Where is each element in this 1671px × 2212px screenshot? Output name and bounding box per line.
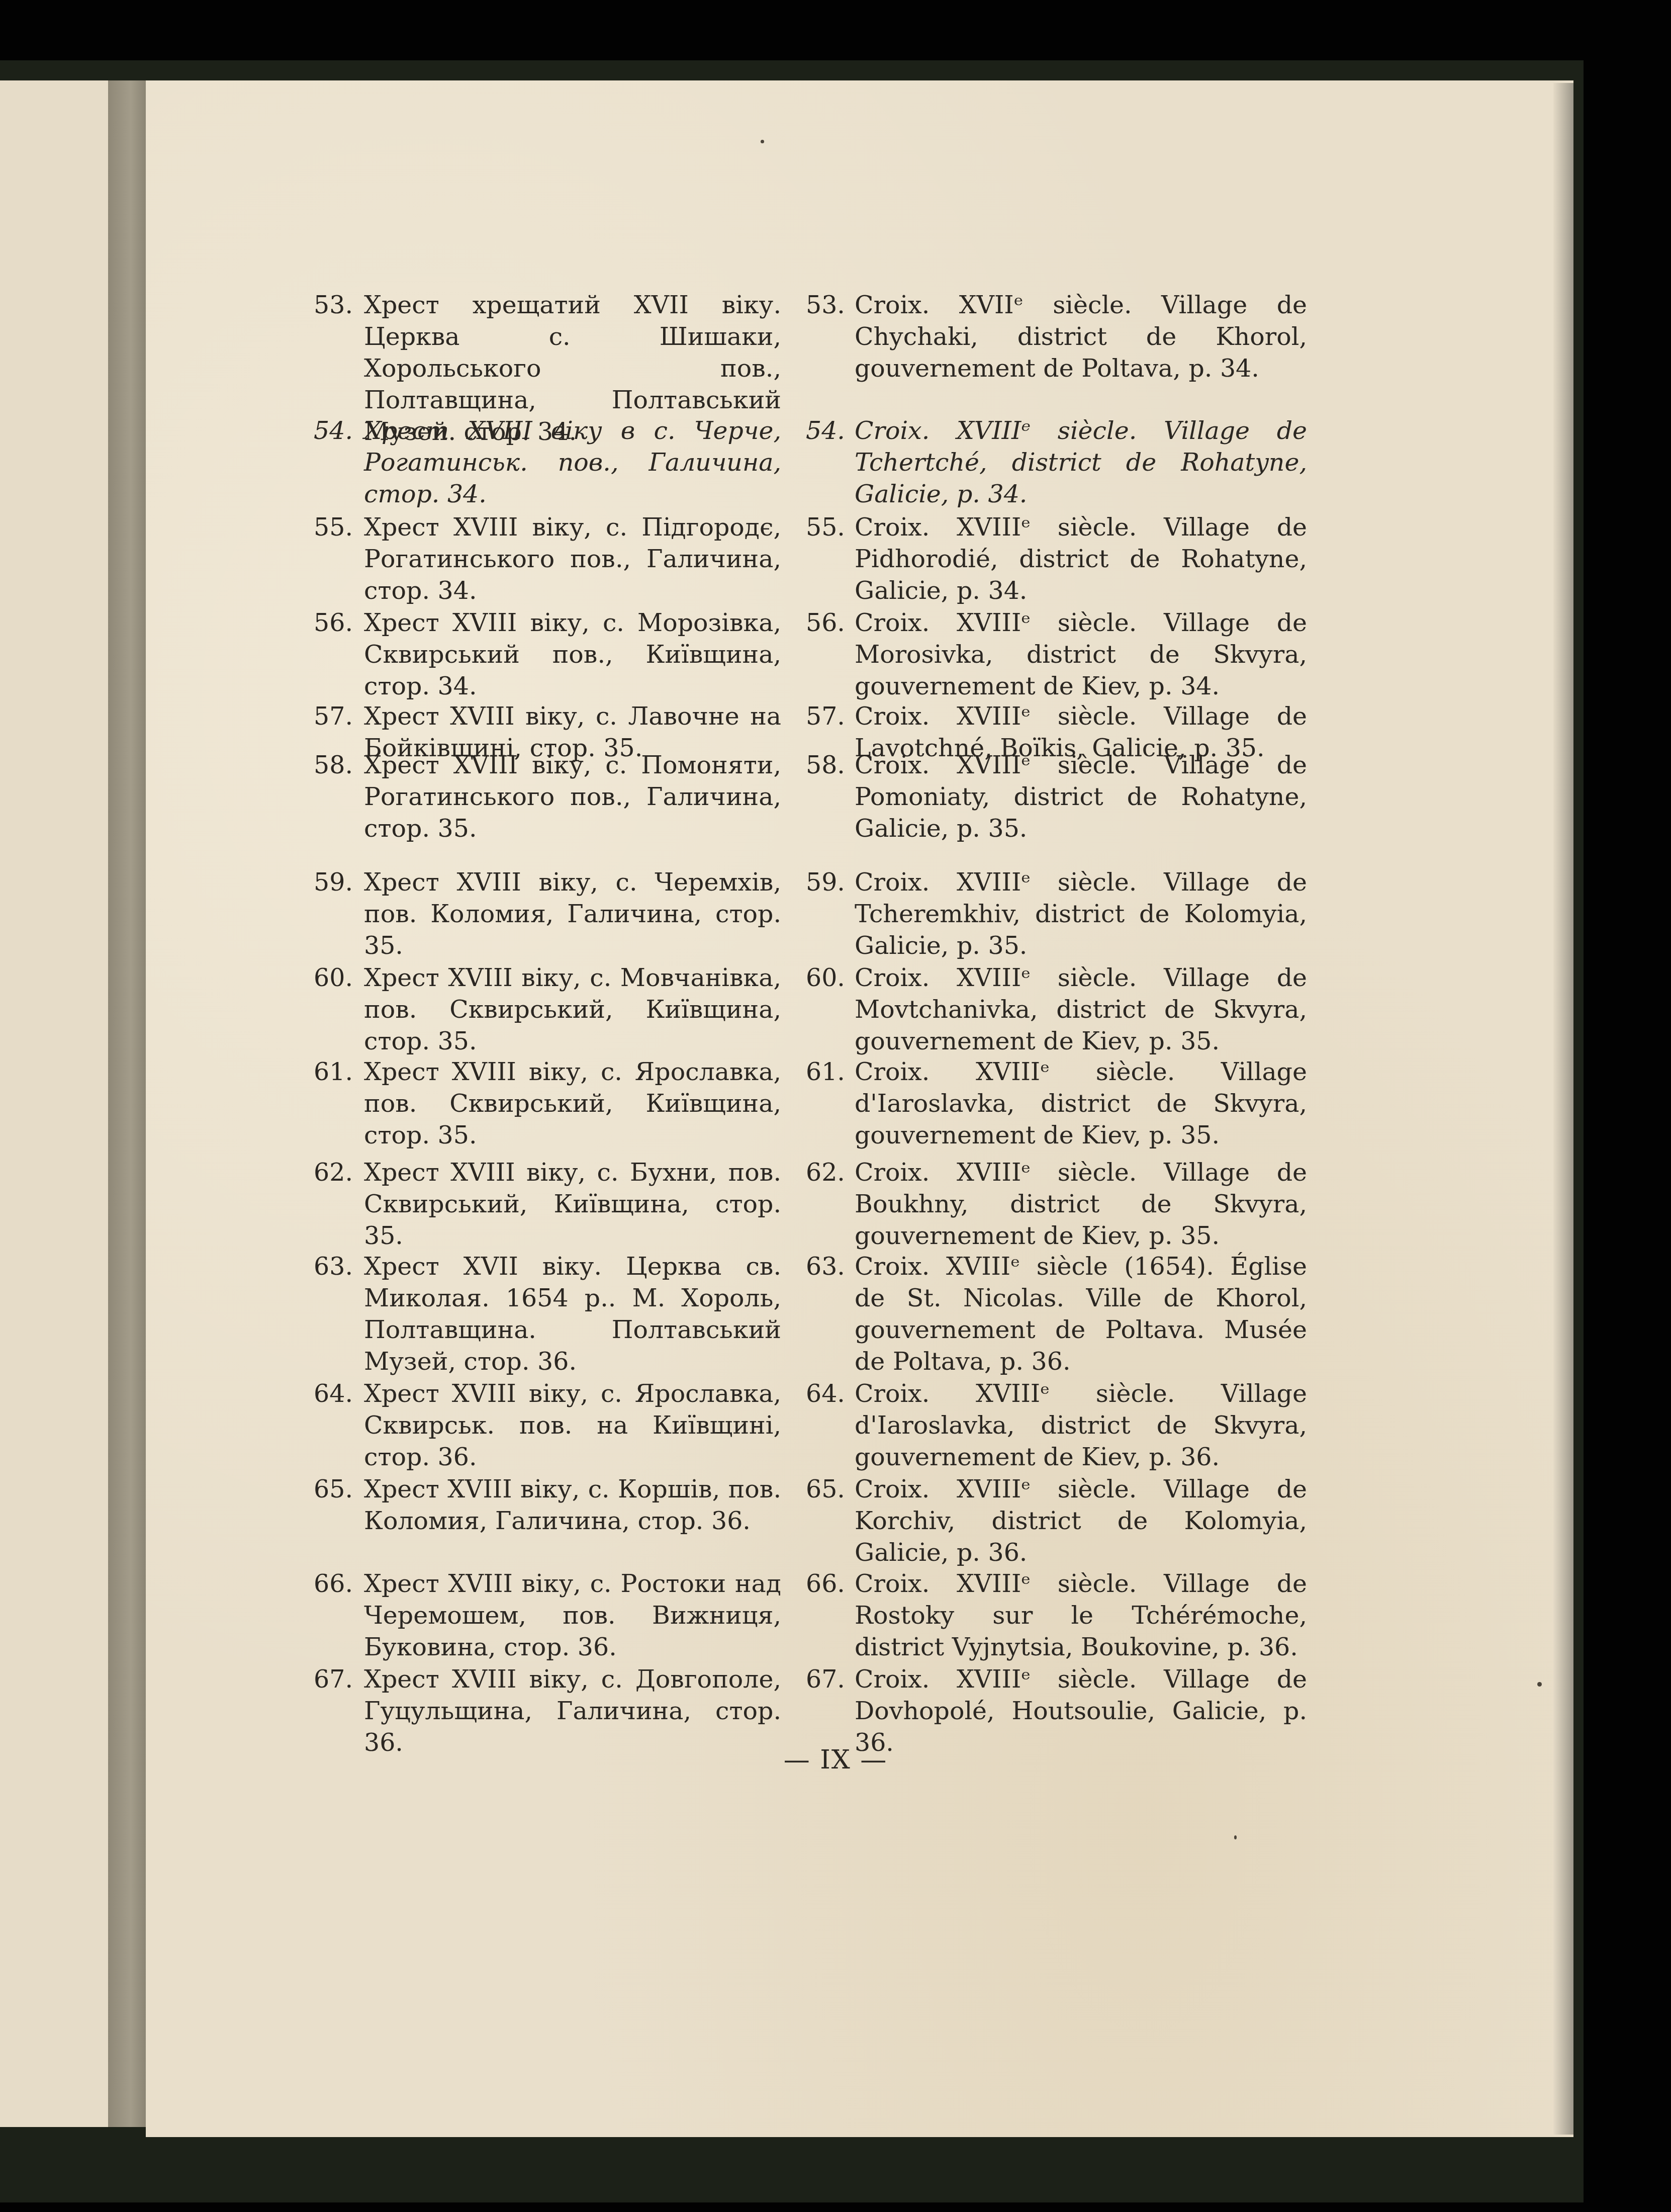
paper-speck <box>1537 1682 1542 1687</box>
entry-text: Croix. XVIIIᵉ siècle. Village de Pomonia… <box>855 749 1307 844</box>
entry-number: 54. <box>308 415 353 447</box>
entry-number: 65. <box>806 1473 844 1505</box>
entry-number: 61. <box>308 1056 353 1088</box>
entry-number: 59. <box>806 866 844 898</box>
entry-number: 55. <box>308 511 353 543</box>
entry-text: Хрест XVIII віку, с. Ярославка, пов. Скв… <box>364 1056 781 1151</box>
entry-number: 57. <box>806 700 844 732</box>
entry-number: 53. <box>806 289 844 321</box>
entry-text: Croix. XVIIIᵉ siècle. Village de Tcherem… <box>855 866 1307 961</box>
paper-speck <box>761 140 764 143</box>
entry-number: 60. <box>308 962 353 994</box>
entry-number: 63. <box>308 1251 353 1282</box>
entry-text: Croix. XVIIIᵉ siècle. Village de Dovhopo… <box>855 1663 1307 1758</box>
entry-text: Хрест XVIII віку, с. Мовчанівка, пов. Ск… <box>364 962 781 1057</box>
entry-text: Croix. XVIIIᵉ siècle. Village de Movtcha… <box>855 962 1307 1057</box>
entry-text: Хрест XVIII віку, с. Підгородє, Рогатинс… <box>364 511 781 606</box>
left-page-edge <box>0 80 108 2127</box>
entry-text: Croix. XVIIIᵉ siècle (1654). Église de S… <box>855 1251 1307 1377</box>
entry-number: 56. <box>308 607 353 639</box>
entry-number: 61. <box>806 1056 844 1088</box>
entry-number: 53. <box>308 289 353 321</box>
entry-number: 57. <box>308 700 353 732</box>
entry-number: 67. <box>806 1663 844 1695</box>
entry-text: Хрест XVII віку. Церква св. Миколая. 165… <box>364 1251 781 1377</box>
entry-number: 60. <box>806 962 844 994</box>
entry-text: Хрест XVIII віку в с. Черче, Рогатинськ.… <box>364 415 781 510</box>
entry-number: 65. <box>308 1473 353 1505</box>
entry-number: 66. <box>308 1568 353 1600</box>
entry-text: Хрест XVIII віку, с. Ростоки над Черемош… <box>364 1568 781 1663</box>
entry-text: Хрест XVIII віку, с. Ярославка, Сквирськ… <box>364 1378 781 1473</box>
entry-text: Croix. XVIIᵉ siècle. Village de Chychaki… <box>855 289 1307 384</box>
page-fore-edge <box>1553 83 1573 2135</box>
entry-text: Croix. XVIIIᵉ siècle. Village de Boukhny… <box>855 1157 1307 1252</box>
entry-number: 63. <box>806 1251 844 1282</box>
entry-text: Croix. XVIIIᵉ siècle. Village de Tchertc… <box>855 415 1307 510</box>
entry-number: 59. <box>308 866 353 898</box>
entry-text: Хрест XVIII віку, с. Помоняти, Рогатинсь… <box>364 749 781 844</box>
entry-text: Croix. XVIIIᵉ siècle. Village de Morosiv… <box>855 607 1307 702</box>
entry-number: 67. <box>308 1663 353 1695</box>
book-gutter <box>108 80 146 2127</box>
entry-number: 62. <box>806 1157 844 1188</box>
entry-text: Хрест XVIII віку, с. Довгополе, Гуцульщи… <box>364 1663 781 1758</box>
entry-number: 66. <box>806 1568 844 1600</box>
entry-text: Croix. XVIIIᵉ siècle. Village de Rostoky… <box>855 1568 1307 1663</box>
entry-number: 55. <box>806 511 844 543</box>
entry-number: 58. <box>308 749 353 781</box>
entry-number: 56. <box>806 607 844 639</box>
entry-number: 58. <box>806 749 844 781</box>
entry-number: 64. <box>308 1378 353 1409</box>
entry-text: Croix. XVIIIᵉ siècle. Village d'Iaroslav… <box>855 1378 1307 1473</box>
entry-text: Croix. XVIIIᵉ siècle. Village de Korchiv… <box>855 1473 1307 1568</box>
entry-number: 54. <box>806 415 844 447</box>
entry-text: Хрест XVIII віку, с. Бухни, пов. Сквирсь… <box>364 1157 781 1252</box>
entry-text: Croix. XVIIIᵉ siècle. Village d'Iaroslav… <box>855 1056 1307 1151</box>
entry-number: 64. <box>806 1378 844 1409</box>
paper-speck <box>1234 1835 1237 1839</box>
entry-number: 62. <box>308 1157 353 1188</box>
entry-text: Хрест XVIII віку, с. Коршів, пов. Коломи… <box>364 1473 781 1537</box>
entry-text: Хрест XVIII віку, с. Морозівка, Сквирськ… <box>364 607 781 702</box>
entry-text: Хрест XVIII віку, с. Черемхів, пов. Коло… <box>364 866 781 961</box>
page-number: — IX — <box>0 1745 1671 1775</box>
entry-text: Croix. XVIIIᵉ siècle. Village de Pidhoro… <box>855 511 1307 606</box>
